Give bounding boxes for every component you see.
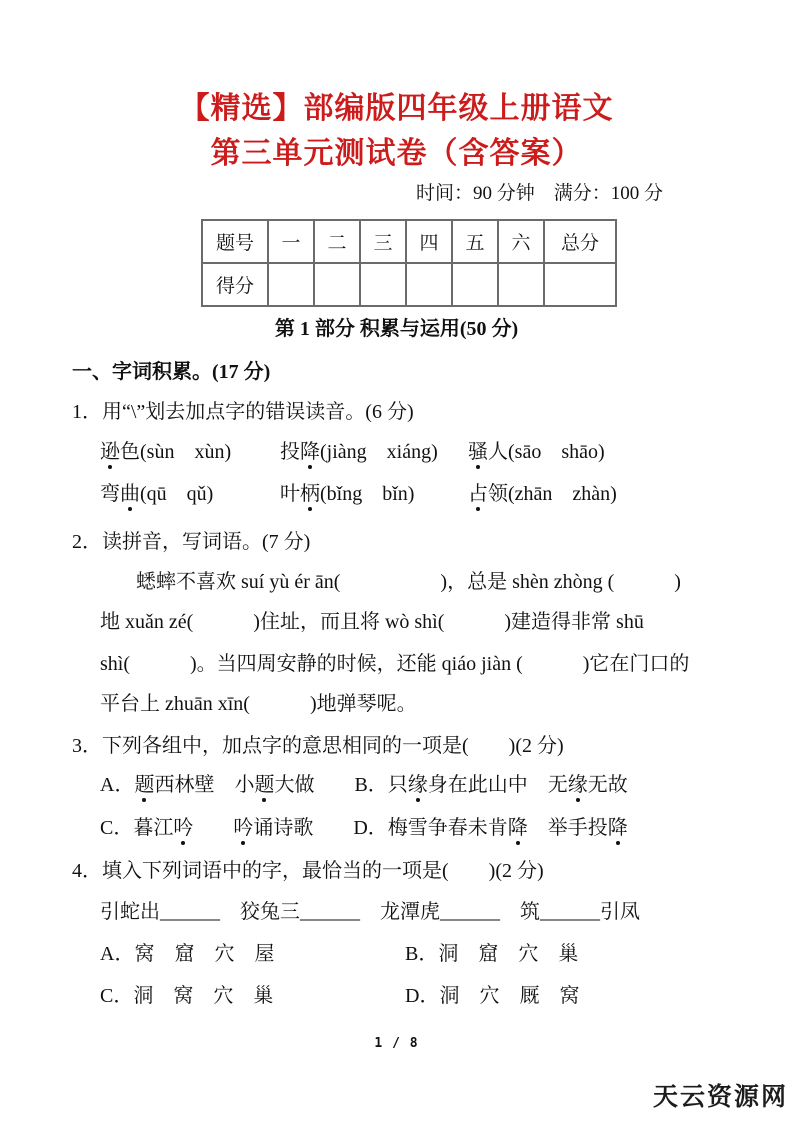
score-table: 题号一二三四五六总分 得分 xyxy=(201,219,617,307)
text-segment: 西林壁 小 xyxy=(154,774,254,796)
q1-word-touxiang: 投降(jiàng xiáng) xyxy=(280,441,468,463)
score-empty-cell xyxy=(498,263,544,306)
q1-row2: 弯曲(qū qǔ) 叶柄(bǐng bǐn) 占领(zhān zhàn) xyxy=(100,483,753,505)
text-segment: 人(sāo shāo) xyxy=(488,441,605,463)
q1-word-wanqu: 弯曲(qū qǔ) xyxy=(100,483,280,505)
score-table-header-row: 题号一二三四五六总分 xyxy=(202,220,616,263)
emphasized-char: 缘 xyxy=(568,774,588,796)
text-segment: 举手投 xyxy=(528,817,608,839)
q4-option-c: C．洞 窝 穴 巢 xyxy=(100,985,405,1007)
q3-options-cd: C．暮江吟 吟诵诗歌 D．梅雪争春未肯降 举手投降 xyxy=(100,817,753,839)
test-paper-page: 【精选】部编版四年级上册语文 第三单元测试卷（含答案） 时间：90 分钟 满分：… xyxy=(0,0,793,1122)
doc-title-line2: 第三单元测试卷（含答案） xyxy=(0,131,793,176)
score-empty-cell xyxy=(406,263,452,306)
emphasized-char: 降 xyxy=(508,817,528,839)
q1-row1: 逊色(sùn xùn) 投降(jiàng xiáng) 骚人(sāo shāo) xyxy=(100,441,753,463)
q2-paragraph-line1: 蟋蟀不喜欢 suí yù ér ān( )，总是 shèn zhòng ( ) xyxy=(100,571,753,593)
page-number: 1 / 8 xyxy=(0,1036,793,1051)
score-empty-cell xyxy=(268,263,314,306)
q2-paragraph-line3: shì( )。当四周安静的时候，还能 qiáo jiàn ( )它在门口的 xyxy=(100,653,753,675)
text-segment: 色(sùn xùn) xyxy=(120,441,231,463)
score-empty-cell xyxy=(360,263,406,306)
q2-stem: 2．读拼音，写词语。(7 分) xyxy=(72,531,753,553)
emphasized-char: 曲 xyxy=(120,483,140,505)
score-table-header-cell: 二 xyxy=(314,220,360,263)
text-segment: 弯 xyxy=(100,483,120,505)
q3-options-ab: A．题西林壁 小题大做 B．只缘身在此山中 无缘无故 xyxy=(100,774,753,796)
emphasized-char: 逊 xyxy=(100,441,120,463)
q4-blanks-line: 引蛇出______ 狡兔三______ 龙潭虎______ 筑______引凤 xyxy=(100,901,753,923)
q4-option-d: D．洞 穴 厩 窝 xyxy=(405,985,753,1007)
text-segment: (jiàng xiáng) xyxy=(320,441,438,463)
score-table-header-cell: 一 xyxy=(268,220,314,263)
q1-word-saoren: 骚人(sāo shāo) xyxy=(468,441,605,463)
text-segment: 投 xyxy=(280,441,300,463)
q1-word-zhanling: 占领(zhān zhàn) xyxy=(468,483,617,505)
text-segment: (qū qǔ) xyxy=(140,483,213,505)
score-empty-cell xyxy=(544,263,616,306)
q4-stem: 4．填入下列词语中的字，最恰当的一项是( )(2 分) xyxy=(72,860,753,882)
time-score-meta: 时间：90 分钟 满分：100 分 xyxy=(0,184,793,203)
text-segment: (bǐng bǐn) xyxy=(320,483,414,505)
text-segment: 身在此山中 无 xyxy=(428,774,568,796)
q4-options-row2: C．洞 窝 穴 巢 D．洞 穴 厩 窝 xyxy=(100,985,753,1007)
emphasized-char: 题 xyxy=(134,774,154,796)
score-table-score-row: 得分 xyxy=(202,263,616,306)
emphasized-char: 缘 xyxy=(408,774,428,796)
score-row-label: 得分 xyxy=(202,263,268,306)
q1-stem: 1．用“\”划去加点字的错误读音。(6 分) xyxy=(72,401,753,423)
score-table-header-cell: 总分 xyxy=(544,220,616,263)
q4-option-b: B．洞 窟 穴 巢 xyxy=(405,943,753,965)
text-segment: 叶 xyxy=(280,483,300,505)
q1-word-yebing: 叶柄(bǐng bǐn) xyxy=(280,483,468,505)
emphasized-char: 吟 xyxy=(233,817,253,839)
question-content: 一、字词积累。(17 分) 1．用“\”划去加点字的错误读音。(6 分) 逊色(… xyxy=(0,361,793,1007)
q2-paragraph-line2: 地 xuǎn zé( )住址，而且将 wò shì( )建造得非常 shū xyxy=(100,611,753,633)
emphasized-char: 吟 xyxy=(173,817,193,839)
section1-heading: 一、字词积累。(17 分) xyxy=(72,361,753,383)
text-segment xyxy=(193,817,233,839)
text-segment: C．暮江 xyxy=(100,817,173,839)
emphasized-char: 题 xyxy=(254,774,274,796)
score-empty-cell xyxy=(314,263,360,306)
score-table-header-cell: 六 xyxy=(498,220,544,263)
doc-title-line1: 【精选】部编版四年级上册语文 xyxy=(0,86,793,131)
part1-heading: 第 1 部分 积累与运用(50 分) xyxy=(0,319,793,339)
emphasized-char: 占 xyxy=(468,483,488,505)
q4-option-a: A．窝 窟 穴 屋 xyxy=(100,943,405,965)
text-segment: 领(zhān zhàn) xyxy=(488,483,617,505)
text-segment: 诵诗歌 D．梅雪争春未肯 xyxy=(253,817,507,839)
doc-header: 【精选】部编版四年级上册语文 第三单元测试卷（含答案） xyxy=(0,86,793,176)
q4-options-row1: A．窝 窟 穴 屋 B．洞 窟 穴 巢 xyxy=(100,943,753,965)
emphasized-char: 降 xyxy=(608,817,628,839)
score-table-header-cell: 三 xyxy=(360,220,406,263)
score-table-header-cell: 四 xyxy=(406,220,452,263)
score-empty-cell xyxy=(452,263,498,306)
score-table-header-cell: 五 xyxy=(452,220,498,263)
site-watermark: 天云资源网 xyxy=(653,1084,788,1110)
emphasized-char: 柄 xyxy=(300,483,320,505)
emphasized-char: 骚 xyxy=(468,441,488,463)
q1-word-xunse: 逊色(sùn xùn) xyxy=(100,441,280,463)
text-segment: 无故 xyxy=(588,774,628,796)
text-segment: 大做 B．只 xyxy=(274,774,407,796)
q2-paragraph-line4: 平台上 zhuān xīn( )地弹琴呢。 xyxy=(100,693,753,715)
score-table-header-cell: 题号 xyxy=(202,220,268,263)
text-segment: A． xyxy=(100,774,134,796)
q3-stem: 3．下列各组中，加点字的意思相同的一项是( )(2 分) xyxy=(72,735,753,757)
emphasized-char: 降 xyxy=(300,441,320,463)
